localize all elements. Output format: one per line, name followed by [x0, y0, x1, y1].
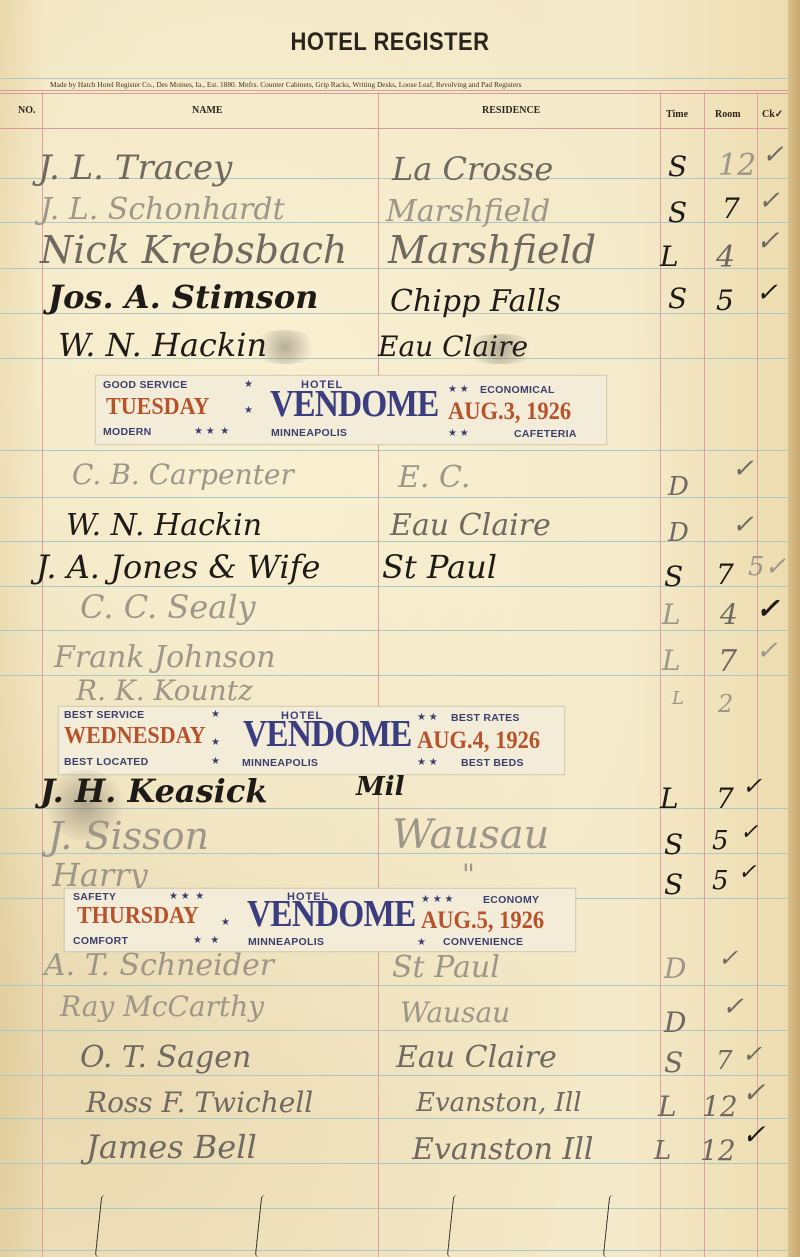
residence-cell: St Paul: [392, 950, 500, 985]
star-icon: ★ ★ ★: [169, 891, 204, 902]
stamp-slogan: CAFETERIA: [514, 428, 577, 440]
check-cell: ✓: [742, 772, 762, 800]
header-name: NAME: [192, 105, 223, 116]
name-cell: Ray McCarthy: [60, 990, 264, 1023]
rule: [0, 1250, 790, 1251]
check-cell: ✓: [742, 1040, 762, 1068]
name-cell: J. H. Keasick: [40, 772, 267, 810]
star-icon: ★ ★: [417, 712, 438, 723]
date-stamp-tuesday: GOOD SERVICE ★ TUESDAY ★ MODERN ★ ★ ★ HO…: [95, 375, 607, 445]
stamp-slogan: BEST BEDS: [461, 757, 524, 769]
name-cell: C. C. Sealy: [80, 588, 256, 626]
header-no: NO.: [18, 105, 36, 116]
time-cell: D: [664, 1006, 686, 1039]
room-cell: 7: [716, 1046, 733, 1076]
star-icon: ★: [244, 379, 253, 390]
time-cell: L: [662, 644, 681, 677]
residence-cell: Marshfield: [386, 194, 550, 229]
stamp-day: THURSDAY: [77, 903, 199, 930]
room-cell: 5: [716, 284, 734, 317]
time-cell: S: [664, 868, 683, 901]
check-cell: ✓: [756, 278, 778, 308]
check-cell: ✓: [718, 944, 738, 972]
star-icon: ★ ★ ★: [194, 426, 229, 437]
stamp-brand: VENDOME: [270, 382, 438, 426]
ink-smudge: [250, 330, 320, 364]
check-cell: ✓: [732, 510, 754, 540]
ditto-mark: [95, 1195, 113, 1257]
name-cell: W. N. Hackin: [66, 508, 262, 543]
residence-cell: Marshfield: [388, 228, 596, 272]
name-cell: Frank Johnson: [54, 640, 276, 675]
residence-cell: St Paul: [382, 548, 497, 586]
time-cell: L: [658, 1090, 677, 1123]
time-cell: S: [668, 196, 687, 229]
room-cell: 7: [716, 782, 734, 815]
time-cell: L: [672, 688, 684, 709]
star-icon: ★: [244, 405, 253, 416]
name-cell: J. L. Tracey: [38, 148, 232, 188]
time-cell: L: [654, 1136, 671, 1166]
time-cell: D: [668, 518, 689, 548]
check-cell: ✓: [742, 1118, 765, 1151]
ditto-mark: [603, 1195, 621, 1257]
room-cell: 4: [716, 240, 735, 275]
star-icon: ★ ★: [417, 757, 438, 768]
star-icon: ★ ★ ★: [421, 894, 453, 905]
time-cell: L: [662, 598, 681, 631]
room-cell: 7: [722, 192, 740, 225]
book-edge: [788, 0, 800, 1257]
name-cell: Nick Krebsbach: [40, 228, 347, 272]
residence-cell: Evanston Ill: [412, 1132, 593, 1167]
star-icon: ★ ★: [193, 935, 219, 946]
check-cell: ✓: [756, 592, 779, 625]
time-cell: S: [664, 828, 683, 861]
name-cell: A. T. Schneider: [44, 948, 274, 983]
room-cell: 5: [712, 866, 729, 896]
header-residence: RESIDENCE: [482, 105, 540, 116]
column-rule: [378, 92, 379, 1257]
stamp-brand: VENDOME: [243, 712, 411, 756]
star-icon: ★: [211, 756, 220, 767]
rule: [0, 128, 790, 129]
room-cell: 4: [720, 598, 738, 631]
stamp-slogan: ECONOMY: [483, 894, 539, 906]
name-cell: J. A. Jones & Wife: [36, 548, 320, 586]
maker-line: Made by Hatch Hotel Register Co., Des Mo…: [50, 80, 521, 89]
stamp-slogan: MODERN: [103, 426, 151, 438]
check-cell: ✓: [762, 140, 784, 170]
stamp-slogan: BEST SERVICE: [64, 709, 144, 721]
room-cell: 7: [718, 644, 737, 679]
check-cell: ✓: [722, 992, 744, 1022]
room-cell: 12: [700, 1134, 736, 1167]
stamp-slogan: GOOD SERVICE: [103, 379, 188, 391]
stamp-day: TUESDAY: [106, 394, 210, 421]
room-cell: 5: [712, 826, 729, 856]
check-cell: ✓: [740, 820, 758, 845]
name-cell: W. N. Hackin: [58, 326, 267, 364]
register-page: HOTEL REGISTER Made by Hatch Hotel Regis…: [0, 0, 790, 1257]
stamp-brand: VENDOME: [247, 892, 415, 936]
date-stamp-thursday: SAFETY ★ ★ ★ THURSDAY ★ COMFORT ★ ★ HOTE…: [64, 888, 576, 952]
check-cell: ✓: [738, 860, 756, 885]
header-time: Time: [666, 109, 688, 120]
stamp-city: MINNEAPOLIS: [242, 757, 318, 769]
residence-cell: Chipp Falls: [390, 284, 561, 319]
stamp-slogan: BEST LOCATED: [64, 756, 149, 768]
stamp-day: WEDNESDAY: [64, 723, 206, 750]
ditto-mark: [447, 1195, 465, 1257]
time-cell: L: [660, 240, 679, 273]
stamp-slogan: SAFETY: [73, 891, 116, 903]
stamp-slogan: ECONOMICAL: [480, 384, 555, 396]
star-icon: ★: [211, 709, 220, 720]
check-cell: ✓: [758, 186, 780, 216]
header-room: Room: [715, 109, 741, 120]
residence-cell: E. C.: [398, 460, 470, 495]
check-cell: ✓: [756, 224, 779, 257]
stamp-slogan: CONVENIENCE: [443, 936, 523, 948]
residence-cell: Mil: [356, 772, 405, 802]
stamp-city: MINNEAPOLIS: [248, 936, 324, 948]
rule: [0, 450, 790, 451]
stamp-city: MINNEAPOLIS: [271, 427, 347, 439]
residence-cell: ": [462, 858, 475, 891]
rule: [0, 1208, 790, 1209]
ditto-mark: [255, 1195, 273, 1257]
time-cell: D: [668, 472, 689, 502]
name-cell: O. T. Sagen: [80, 1040, 251, 1075]
column-rule: [704, 92, 705, 1257]
stamp-slogan: COMFORT: [73, 935, 128, 947]
room-cell: 2: [718, 690, 733, 718]
room-cell: 12: [702, 1090, 738, 1123]
check-cell: ✓: [756, 636, 778, 666]
name-cell: James Bell: [86, 1128, 257, 1166]
name-cell: R. K. Kountz: [76, 674, 253, 707]
time-cell: L: [660, 782, 679, 815]
header-ck: Ck✓: [762, 109, 783, 120]
name-cell: Jos. A. Stimson: [48, 278, 318, 316]
room-cell: 7: [716, 558, 734, 591]
rule: [0, 90, 790, 91]
stamp-slogan: BEST RATES: [451, 712, 520, 724]
name-cell: J. L. Schonhardt: [40, 192, 285, 227]
star-icon: ★: [211, 737, 220, 748]
star-icon: ★: [221, 917, 230, 928]
stamp-date: AUG.3, 1926: [448, 398, 571, 426]
time-cell: S: [668, 282, 687, 315]
time-cell: S: [668, 150, 687, 183]
rule: [0, 78, 790, 79]
check-cell: 5✓: [748, 552, 786, 582]
stamp-date: AUG.4, 1926: [417, 727, 540, 755]
name-cell: Ross F. Twichell: [86, 1086, 313, 1119]
star-icon: ★: [417, 937, 426, 948]
check-cell: ✓: [732, 454, 754, 484]
residence-cell: Eau Claire: [396, 1040, 557, 1075]
star-icon: ★ ★: [448, 428, 469, 439]
name-cell: C. B. Carpenter: [72, 458, 294, 491]
date-stamp-wednesday: BEST SERVICE ★ WEDNESDAY ★ BEST LOCATED …: [58, 706, 565, 775]
check-cell: ✓: [742, 1076, 765, 1109]
room-cell: 12: [718, 148, 756, 183]
rule: [0, 985, 790, 986]
stamp-date: AUG.5, 1926: [421, 907, 544, 935]
residence-cell: Eau Claire: [390, 508, 551, 543]
star-icon: ★ ★: [448, 384, 469, 395]
ink-smudge: [460, 334, 540, 364]
residence-cell: Evanston, Ill: [416, 1088, 582, 1118]
residence-cell: La Crosse: [392, 150, 553, 188]
name-cell: J. Sisson: [48, 814, 209, 858]
residence-cell: Wausau: [392, 812, 549, 858]
rule: [0, 93, 790, 94]
time-cell: S: [664, 560, 683, 593]
page-title: HOTEL REGISTER: [47, 28, 733, 57]
residence-cell: Wausau: [400, 996, 510, 1029]
time-cell: S: [664, 1046, 683, 1079]
time-cell: D: [664, 952, 686, 985]
